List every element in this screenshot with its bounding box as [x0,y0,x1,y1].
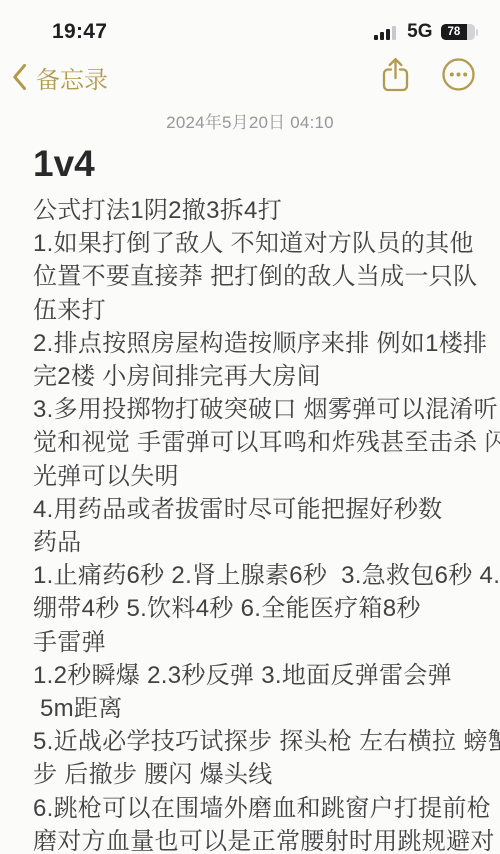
back-button-label: 备忘录 [36,60,108,95]
note-line: 磨对方血量也可以是正常腰射时用跳规避对 [33,825,474,854]
note-line: 完2楼 小房间排完再大房间 [33,360,474,393]
network-type-label: 5G [407,21,432,43]
note-line: 1.2秒瞬爆 2.3秒反弹 3.地面反弹雷会弹 [33,659,474,692]
note-line: 位置不要直接莽 把打倒的敌人当成一只队 [33,260,474,293]
notes-app-screen: 19:47 5G 78 备忘录 [0,0,500,854]
note-line: 2.排点按照房屋构造按顺序来排 例如1楼排 [33,327,474,360]
note-line: 光弹可以失明 [33,460,474,493]
battery-percent-label: 78 [448,26,461,38]
cellular-signal-icon [374,24,399,40]
note-line: 公式打法1阴2撤3拆4打 [33,194,474,227]
more-ellipsis-icon [441,57,476,92]
note-line: 5.近战必学技巧试探步 探头枪 左右横拉 螃蟹 [33,725,474,758]
more-button[interactable] [441,57,476,97]
status-bar: 19:47 5G 78 [0,0,500,48]
note-line: 6.跳枪可以在围墙外磨血和跳窗户打提前枪 [33,792,474,825]
note-line: 4.用药品或者拔雷时尽可能把握好秒数 [33,493,474,526]
nav-actions [380,56,476,99]
note-title[interactable]: 1v4 [33,142,474,186]
battery-icon: 78 [441,24,479,40]
share-button[interactable] [380,56,411,99]
status-bar-right: 5G 78 [374,21,478,43]
note-line: 伍来打 [33,294,474,327]
clock-label: 19:47 [52,20,107,44]
note-line: 5m距离 [33,692,474,725]
chevron-left-icon [12,63,27,91]
note-date: 2024年5月20日 04:10 [0,108,500,133]
nav-bar: 备忘录 [0,48,500,100]
battery-cap [476,29,479,36]
note-line: 绷带4秒 5.饮料4秒 6.全能医疗箱8秒 [33,592,474,625]
note-line: 手雷弹 [33,626,474,659]
note-body[interactable]: 1v4 公式打法1阴2撤3拆4打 1.如果打倒了敌人 不知道对方队员的其他 位置… [0,142,500,854]
note-line: 1.止痛药6秒 2.肾上腺素6秒 3.急救包6秒 4. [33,559,474,592]
note-line: 1.如果打倒了敌人 不知道对方队员的其他 [33,227,474,260]
note-line: 觉和视觉 手雷弹可以耳鸣和炸残甚至击杀 闪 [33,426,474,459]
back-button[interactable]: 备忘录 [12,60,108,95]
note-line: 药品 [33,526,474,559]
note-line: 3.多用投掷物打破突破口 烟雾弹可以混淆听 [33,393,474,426]
share-icon [380,56,411,94]
note-line: 步 后撤步 腰闪 爆头线 [33,758,474,791]
